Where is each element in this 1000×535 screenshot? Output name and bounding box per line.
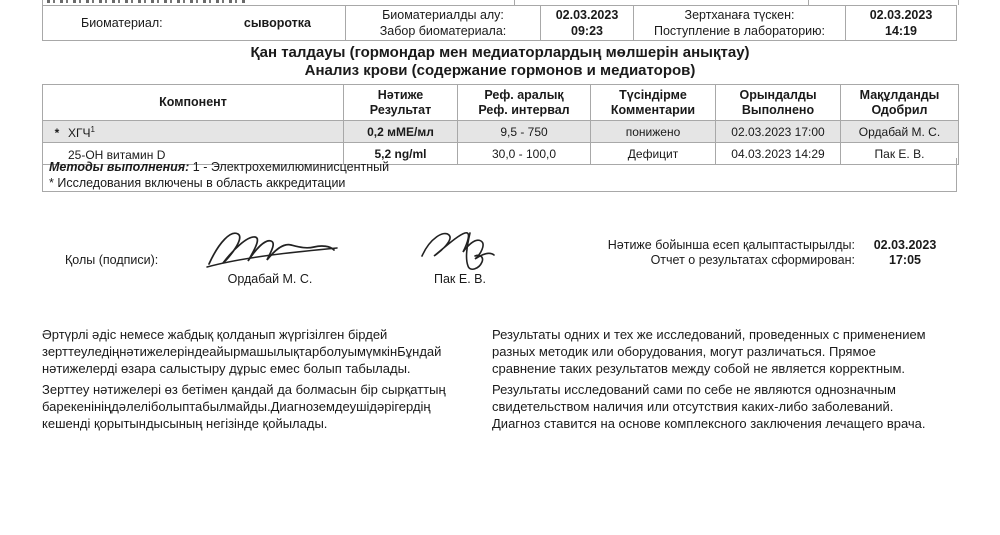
biomaterial-value: сыворотка	[244, 15, 311, 31]
received-label-kk: Зертханаға түскен:	[634, 7, 845, 23]
signer-name: Пак Е. В.	[400, 272, 520, 286]
biomaterial-cell: Биоматериал: сыворотка	[43, 6, 346, 40]
table-row: *ХГЧ1 0,2 мМЕ/мл 9,5 - 750 понижено 02.0…	[43, 121, 959, 143]
method-ref-sup: 1	[91, 125, 95, 134]
component-cell: *ХГЧ1	[43, 121, 344, 143]
signatures-label: Қолы (подписи):	[65, 253, 158, 267]
report-formed-time: 17:05	[855, 253, 955, 268]
collection-datetime-cell: 02.03.2023 09:23	[541, 6, 634, 40]
disclaimer-russian: Результаты одних и тех же исследований, …	[492, 326, 958, 436]
report-title-ru: Анализ крови (содержание гормонов и меди…	[0, 62, 1000, 80]
methods-value: 1 - Электрохемилюминисцентный	[189, 160, 389, 174]
signer-name: Ордабай М. С.	[200, 272, 340, 286]
result-cell: 0,2 мМЕ/мл	[344, 121, 458, 143]
collection-time: 09:23	[541, 23, 633, 39]
report-formed-labels: Нәтиже бойынша есеп қалыптастырылды: Отч…	[560, 238, 855, 268]
col-header-comment: ТүсіндірмеКомментарии	[591, 85, 716, 121]
ref-interval-cell: 9,5 - 750	[458, 121, 591, 143]
signature-squiggle-icon	[412, 226, 507, 272]
biomaterial-label: Биоматериал:	[81, 15, 163, 31]
report-formed-block: Нәтиже бойынша есеп қалыптастырылды: Отч…	[560, 238, 955, 268]
disclaimers: Әртүрлі әдіс немесе жабдық қолданып жүрг…	[42, 326, 958, 436]
report-formed-datetime: 02.03.2023 17:05	[855, 238, 955, 268]
results-table: Компонент НәтижеРезультат Реф. аралықРеф…	[42, 84, 959, 165]
disclaimer-kk-para1: Әртүрлі әдіс немесе жабдық қолданып жүрг…	[42, 326, 480, 377]
received-time: 14:19	[846, 23, 956, 39]
received-date: 02.03.2023	[846, 7, 956, 23]
accreditation-note: * Исследования включены в область аккред…	[49, 175, 950, 191]
performed-cell: 02.03.2023 17:00	[716, 121, 841, 143]
approved-cell: Ордабай М. С.	[841, 121, 959, 143]
col-header-ref-interval: Реф. аралықРеф. интервал	[458, 85, 591, 121]
collection-date: 02.03.2023	[541, 7, 633, 23]
report-title: Қан талдауы (гормондар мен медиаторларды…	[0, 44, 1000, 80]
clipped-text-remnant	[47, 0, 247, 3]
signature-image-ordabay	[203, 224, 343, 272]
col-header-performed: ОрындалдыВыполнено	[716, 85, 841, 121]
disclaimer-ru-para1: Результаты одних и тех же исследований, …	[492, 326, 958, 377]
col-header-component: Компонент	[43, 85, 344, 121]
methods-line: Методы выполнения: 1 - Электрохемилюмини…	[49, 159, 950, 175]
results-header-row: Компонент НәтижеРезультат Реф. аралықРеф…	[43, 85, 959, 121]
collection-label-ru: Забор биоматериала:	[346, 23, 540, 39]
disclaimer-kk-para2: Зерттеу нәтижелері өз бетімен қандай да …	[42, 381, 480, 432]
signature-squiggle-icon	[203, 224, 343, 272]
component-name: ХГЧ	[68, 126, 91, 140]
collection-label-kk: Биоматериалды алу:	[346, 7, 540, 23]
comment-cell: понижено	[591, 121, 716, 143]
signature-image-pak	[412, 226, 507, 272]
collection-label-cell: Биоматериалды алу: Забор биоматериала:	[346, 6, 541, 40]
disclaimer-ru-para2: Результаты исследований сами по себе не …	[492, 381, 958, 432]
report-formed-date: 02.03.2023	[855, 238, 955, 253]
disclaimer-kazakh: Әртүрлі әдіс немесе жабдық қолданып жүрг…	[42, 326, 480, 436]
accreditation-flag: *	[46, 124, 68, 142]
methods-label: Методы выполнения:	[49, 160, 189, 174]
col-header-approved: МақұлдандыОдобрил	[841, 85, 959, 121]
report-formed-label-ru: Отчет о результатах сформирован:	[560, 253, 855, 268]
methods-box: Методы выполнения: 1 - Электрохемилюмини…	[42, 158, 957, 192]
report-title-kk: Қан талдауы (гормондар мен медиаторларды…	[0, 44, 1000, 62]
biomaterial-bar: Биоматериал: сыворотка Биоматериалды алу…	[42, 5, 957, 41]
received-datetime-cell: 02.03.2023 14:19	[846, 6, 956, 40]
received-label-cell: Зертханаға түскен: Поступление в лаборат…	[634, 6, 846, 40]
report-formed-label-kk: Нәтиже бойынша есеп қалыптастырылды:	[560, 238, 855, 253]
col-header-result: НәтижеРезультат	[344, 85, 458, 121]
received-label-ru: Поступление в лабораторию:	[634, 23, 845, 39]
